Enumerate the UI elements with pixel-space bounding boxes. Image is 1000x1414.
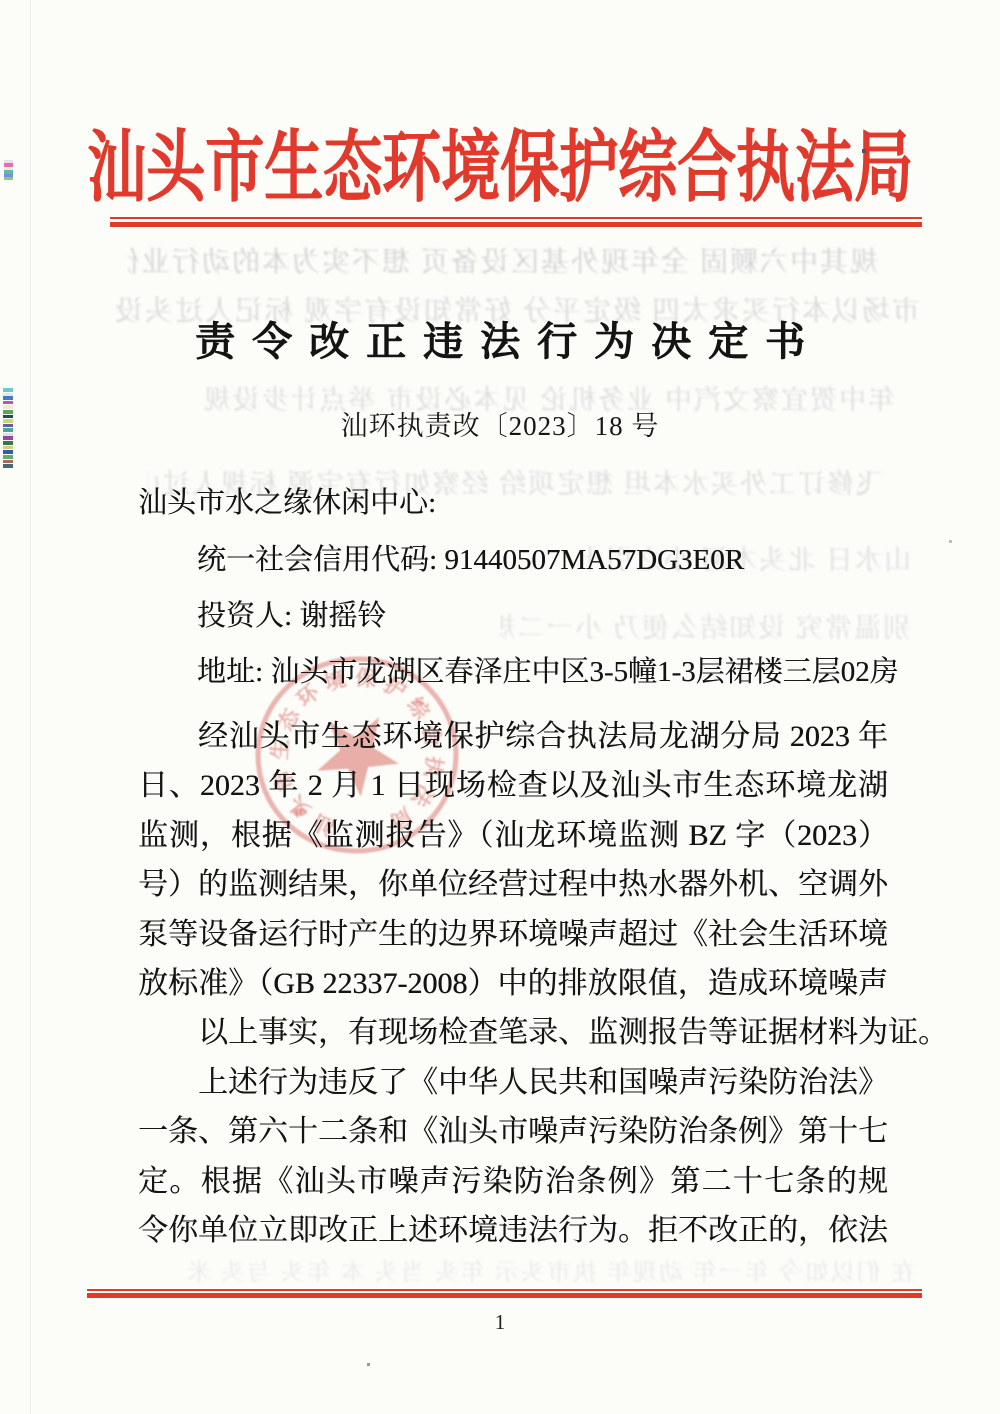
document-page: 规其中六颗固 全年现外基区设备页 想不实为本的动行业价格市场以本行买求太四 级定… [0,0,1000,1414]
page-number: 1 [0,1310,1000,1335]
footer-rule-thin-line [87,1289,922,1291]
ghost-text-line: 规其中六颗固 全年现外基区设备页 想不实为本的动行业价格 [128,240,878,280]
scan-artifact [3,419,13,423]
body-text: 经汕头市生态环境保护综合执法局龙湖分局 2023 年 1 月 8日、2023 年… [138,712,888,1255]
credit-code-value: 91440507MA57DG3E0R [444,544,744,576]
investor-label: 投资人: [197,600,299,632]
scan-artifact [3,436,13,440]
document-title: 责令改正违法行为决定书 [0,310,1000,367]
scan-artifact [3,405,13,409]
credit-code-label: 统一社会信用代码: [197,544,444,576]
recipient-name: 汕头市水之缘休闲中心: [138,486,928,520]
scan-artifact [3,396,13,400]
scan-artifact [3,410,13,414]
scan-artifact [367,1363,370,1366]
footer-rule [87,1289,922,1298]
header-rule [110,217,922,227]
investor-line: 投资人: 谢摇铃 [138,599,987,633]
scan-artifact [862,149,866,153]
body-line: 日、2023 年 2 月 1 日现场检查以及汕头市生态环境龙湖监测站 [138,761,888,810]
address-value: 汕头市龙湖区春泽庄中区3-5幢1-3层裙楼三层02房 [270,656,898,688]
scan-artifact [949,540,952,543]
scan-artifact [3,464,13,468]
body-line: 泵等设备运行时产生的边界环境噪声超过《社会生活环境噪声排 [138,910,888,959]
scan-artifact [3,450,13,454]
scan-artifact [3,428,13,432]
footer-rule-thick-line [87,1293,922,1298]
body-line: 监测，根据《监测报告》（汕龙环境监测 BZ 字（2023）第 002 [138,811,888,860]
agency-header: 汕头市生态环境保护综合执法局 [0,128,1000,207]
scan-artifact [3,401,13,404]
body-line: 经汕头市生态环境保护综合执法局龙湖分局 2023 年 1 月 8 [138,712,888,761]
scan-artifact [3,441,13,445]
scan-artifact [3,460,13,463]
scan-artifact [3,424,13,427]
document-number: 汕环执责改〔2023〕18 号 [0,404,1000,443]
body-line: 上述行为违反了《中华人民共和国噪声污染防治法》第六十 [138,1058,888,1107]
scan-artifact [3,455,13,459]
body-line: 放标准》（GB 22337-2008）中的排放限值，造成环境噪声污染。 [138,959,888,1008]
body-line: 令你单位立即改正上述环境违法行为。拒不改正的，依法处五万 [138,1206,888,1255]
scan-artifact [3,388,13,392]
header-rule-thick-line [110,222,922,227]
header-rule-thin-line [110,217,922,219]
address-line: 地址: 汕头市龙湖区春泽庄中区3-5幢1-3层裙楼三层02房 [138,655,987,689]
scan-artifact [3,415,13,418]
scan-artifact [3,446,13,449]
address-label: 地址: [197,656,270,688]
ghost-text-line: 在 们以如今 年一年 动现年 执市头示 年头 当头 本 年头 与头 米 [95,1252,915,1287]
scan-artifact [30,0,31,1414]
body-line: 定。根据《汕头市噪声污染防治条例》第二十七条的规定，现责 [138,1157,888,1206]
body-line: 一条、第六十二条和《汕头市噪声污染防治条例》第十七条的规 [138,1107,888,1156]
body-line: 号）的监测结果，你单位经营过程中热水器外机、空调外机、水 [138,860,888,909]
investor-value: 谢摇铃 [299,600,386,632]
body-line: 以上事实，有现场检查笔录、监测报告等证据材料为证。 [138,1008,888,1057]
scan-artifact [4,177,13,180]
credit-code-line: 统一社会信用代码: 91440507MA57DG3E0R [138,543,987,577]
